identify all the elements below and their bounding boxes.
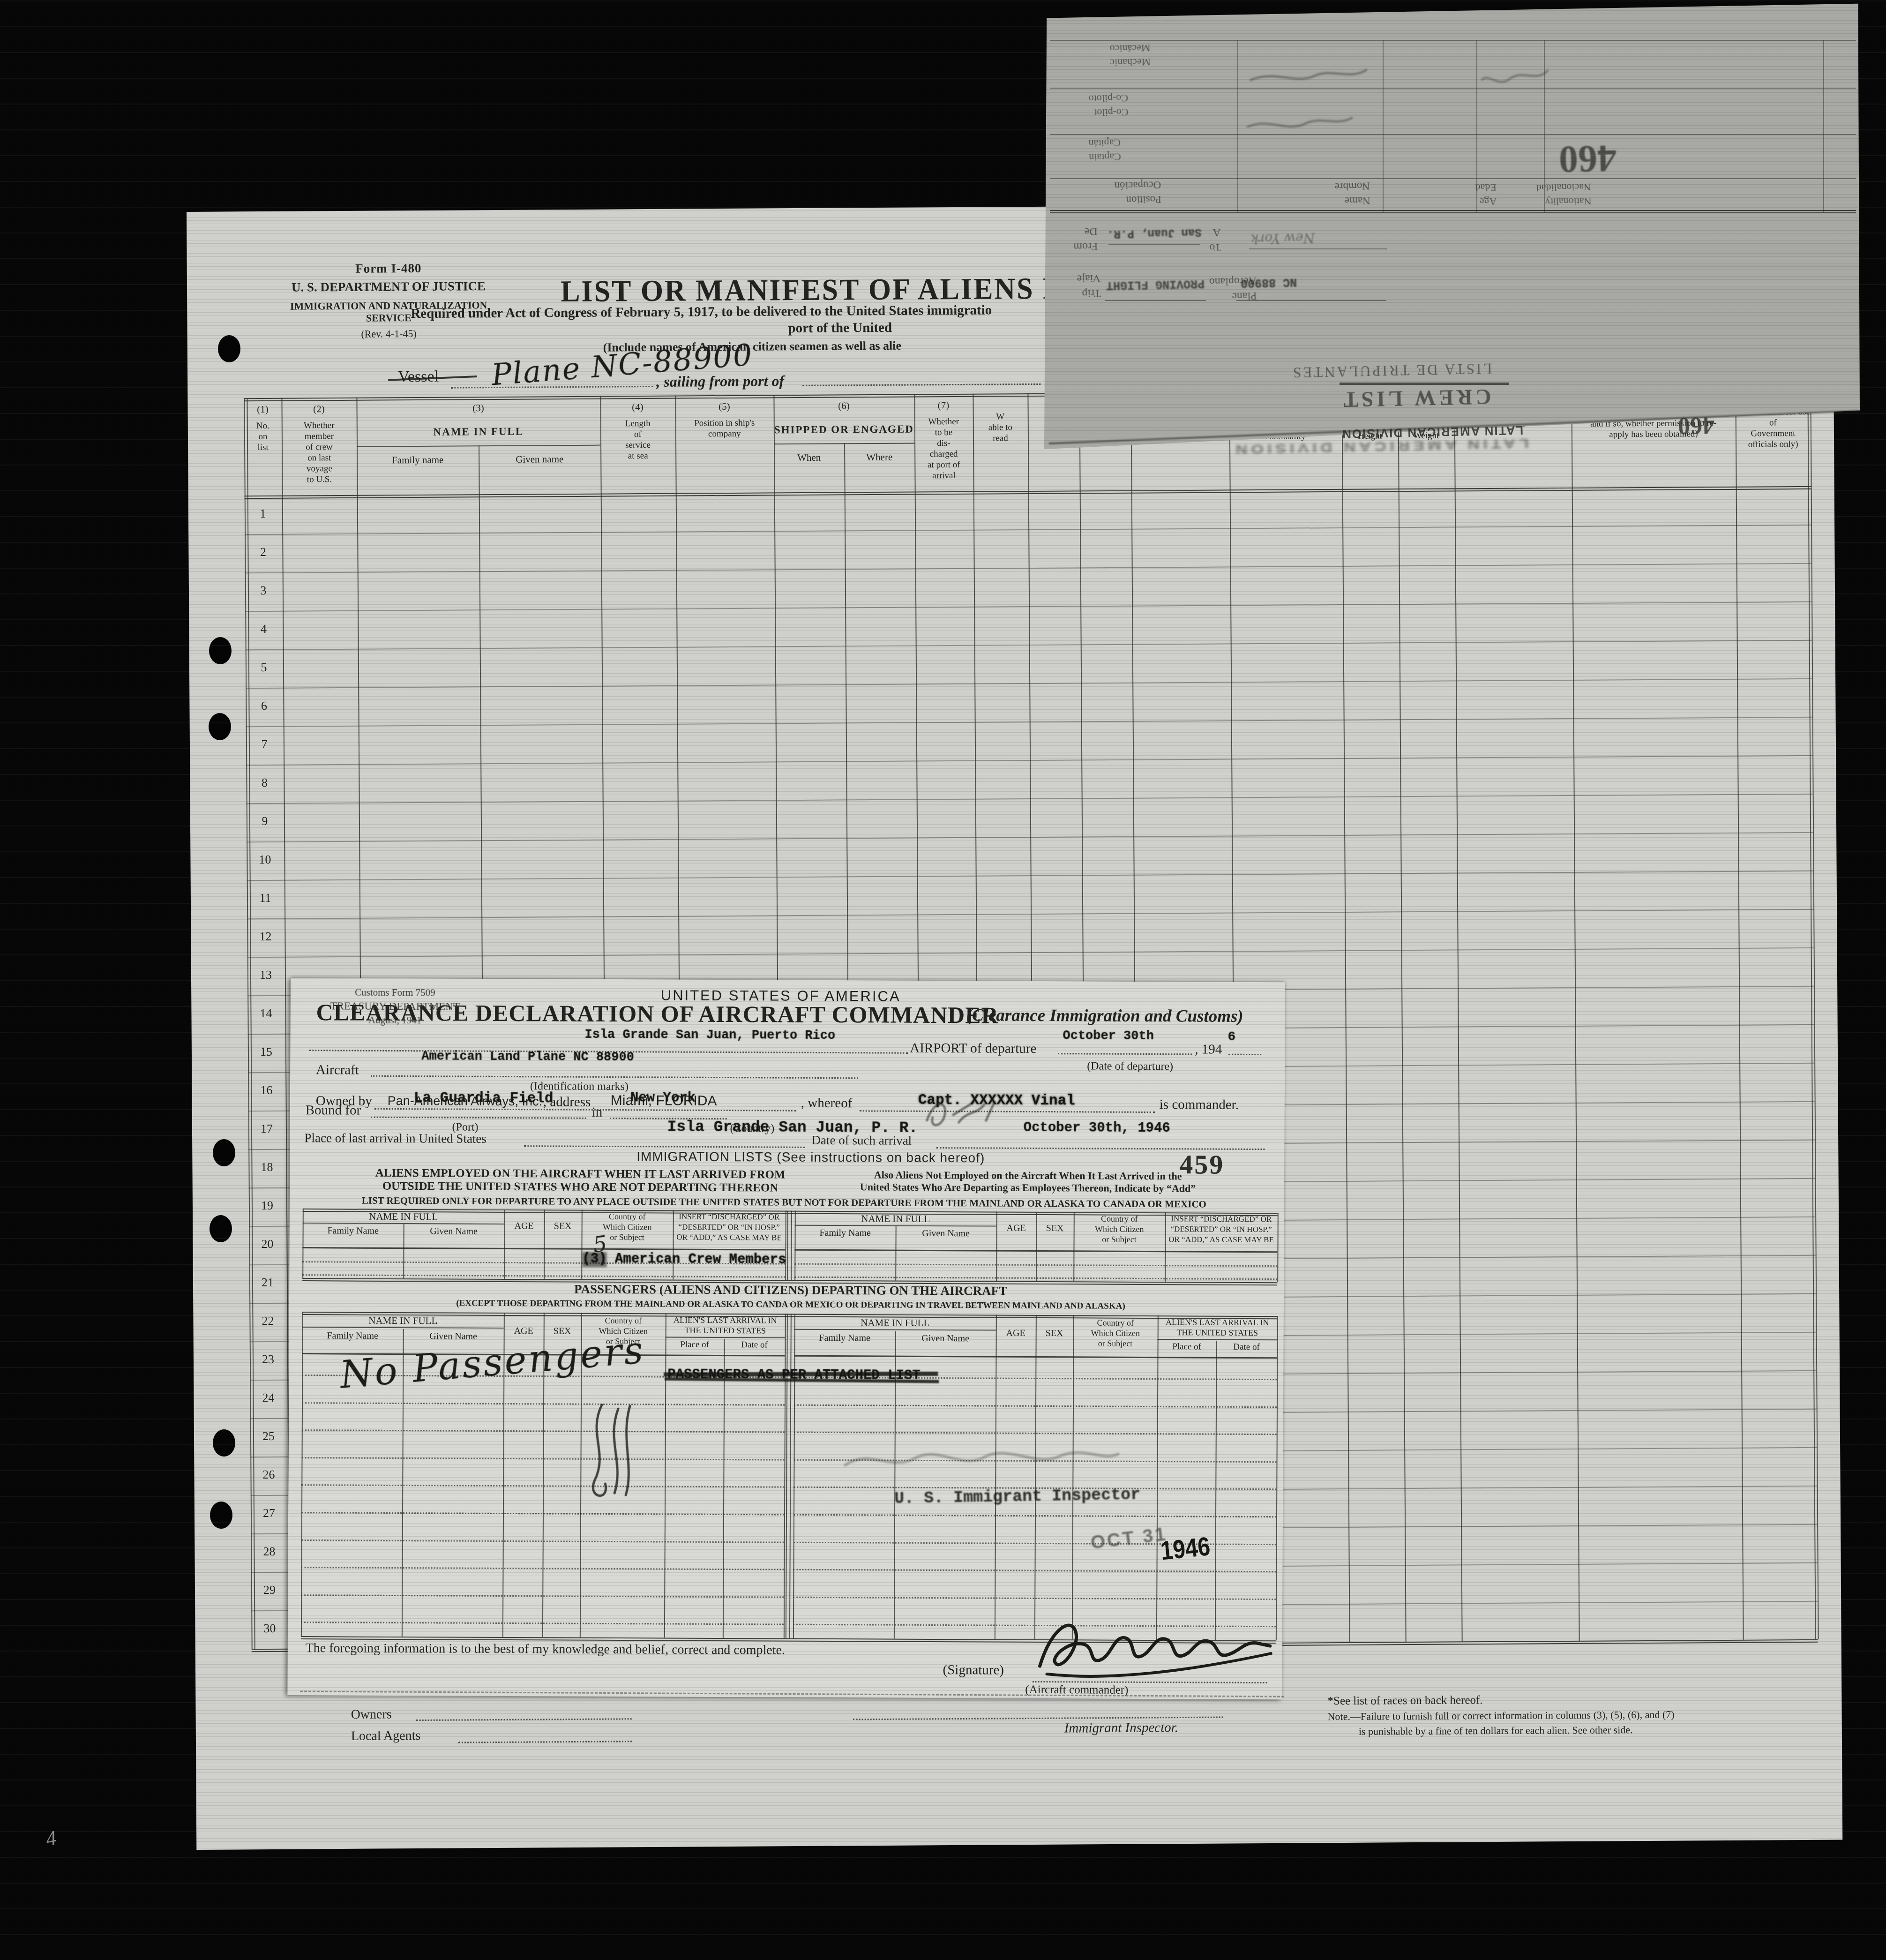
center-double-rule [786, 1314, 788, 1638]
imm-col-insert: “DESERTED” OR “IN HOSP.” [1165, 1224, 1278, 1234]
imm-col-name: NAME IN FULL [795, 1213, 996, 1225]
row-number: 4 [245, 622, 282, 636]
column-label-line: charged [914, 449, 973, 460]
row-number: 15 [248, 1045, 284, 1059]
strikethrough-bar [664, 1372, 938, 1377]
column-header: (5)Position in ship'scompany [675, 397, 774, 491]
imm-col-insert: “DESERTED” OR “IN HOSP.” [673, 1223, 786, 1232]
column-rule [1398, 391, 1406, 1642]
crew-trip-label: TripViaje [1077, 270, 1101, 301]
imm-col-insert: OR “ADD,” AS CASE MAY BE [673, 1233, 786, 1243]
crew-handwriting-mark [1480, 65, 1551, 85]
center-double-rule [789, 1314, 792, 1638]
crew-to-value: New York [1250, 230, 1315, 247]
column-number: (3) [356, 402, 600, 415]
table-column-rule [995, 1315, 997, 1639]
row-number: 12 [247, 930, 284, 944]
table-column-rule [664, 1313, 666, 1637]
imm-col-sex: SEX [544, 1221, 582, 1232]
column-label-line: on last [282, 452, 357, 464]
crew-row-label-es: Co-piloto [1088, 91, 1128, 106]
column-title: NAME IN FULL [357, 425, 600, 439]
table-column-rule [1276, 1316, 1278, 1640]
row-number: 1 [245, 507, 281, 521]
crew-rule [1050, 178, 1856, 179]
row-number: 3 [245, 584, 282, 598]
row-number: 7 [246, 737, 283, 751]
pass-col-date: Date of [724, 1340, 785, 1351]
crew-rule [1050, 40, 1856, 41]
crew-handwriting-mark [1246, 111, 1354, 132]
owners-label: Owners [351, 1707, 391, 1722]
crew-nationality-header-en: Nationality [1536, 194, 1592, 209]
table-column-rule [544, 1209, 545, 1279]
column-label-line: Length [600, 418, 675, 429]
local-agents-label: Local Agents [351, 1728, 421, 1744]
punch-hole [210, 1502, 232, 1529]
column-label-line: of crew [282, 442, 357, 453]
imm-col-family: Family Name [303, 1225, 404, 1237]
crew-nationality-header-es: Nacionalidad [1536, 180, 1591, 195]
crew-from-label: FromDe [1073, 224, 1098, 254]
row-number: 28 [251, 1545, 287, 1559]
row-number: 27 [251, 1506, 287, 1520]
row-number: 19 [249, 1199, 285, 1213]
column-label: Whethermemberof crewon lastvoyageto U.S. [282, 420, 357, 485]
crew-list-table: FromDeToATripViajePlaneAeroplanoPosition… [1044, 0, 1860, 451]
column-label-line: list [244, 442, 282, 453]
handwritten-crew-count: 5 [592, 1231, 608, 1258]
pass-col-country: or Subject [1073, 1338, 1158, 1349]
pass-col-arrival: ALIEN'S LAST ARRIVAL IN [666, 1315, 785, 1325]
column-title: SHIPPED OR ENGAGED [774, 423, 914, 436]
imm-col-insert: INSERT “DISCHARGED” OR [1165, 1214, 1278, 1224]
punch-hole [218, 335, 240, 362]
crew-row-label-es: Capitán [1088, 135, 1121, 150]
crew-name-header-es: Nombre [1334, 179, 1370, 194]
column-label-line: W [973, 411, 1028, 422]
imm-col-age: AGE [996, 1223, 1036, 1234]
row-number: 24 [250, 1391, 286, 1405]
column-subheader: When [774, 451, 844, 464]
column-label: Whetherto bedis-chargedat port ofarrival [914, 416, 973, 481]
fine-note-line1: Note.—Failure to furnish full or correct… [1328, 1709, 1675, 1723]
column-header: (3)NAME IN FULLFamily nameGiven name [356, 398, 600, 493]
crew-position-header-en: Position [1115, 192, 1161, 208]
column-label-line: service [600, 440, 675, 451]
crew-age-header-en: Age [1475, 195, 1497, 209]
column-label-line: at port of [914, 459, 973, 471]
immigrant-inspector-label: Immigrant Inspector. [1064, 1720, 1178, 1736]
table-column-rule [301, 1312, 303, 1636]
column-label-line: on [244, 431, 282, 442]
column-label-line: member [282, 431, 357, 442]
row-number: 30 [251, 1622, 288, 1636]
row-number: 13 [247, 968, 284, 982]
imm-col-name: NAME IN FULL [303, 1210, 504, 1223]
table-column-rule [1036, 1212, 1037, 1281]
pass-col-country: Country of [1073, 1318, 1158, 1328]
row-number: 20 [249, 1237, 285, 1251]
fine-note-line2: is punishable by a fine of ten dollars f… [1359, 1724, 1633, 1738]
crew-field-rule [1249, 248, 1387, 249]
crew-header-rule [1050, 210, 1856, 213]
crew-column-rule [1237, 40, 1238, 212]
crew-rule [1050, 88, 1856, 89]
row-number: 11 [247, 891, 284, 905]
inspector-signature-faint [840, 1445, 1122, 1475]
column-rule [1454, 390, 1462, 1641]
crew-to-label-es: A [1209, 225, 1221, 240]
crew-from-value: San Juan, P.R. [1107, 225, 1202, 240]
form-number-460-stamp: 460 [1677, 411, 1714, 440]
column-rule [1735, 389, 1744, 1640]
pass-col-family: Family Name [794, 1333, 895, 1344]
table-column-rule [1072, 1315, 1074, 1639]
row-number: 22 [249, 1314, 286, 1328]
row-number: 6 [246, 699, 282, 713]
table-column-rule [1215, 1341, 1217, 1640]
column-label-line: Whether [914, 416, 973, 428]
imm-col-given: Given Name [404, 1226, 504, 1237]
film-frame-mark: 4 [44, 1825, 59, 1851]
column-label-line: company [675, 428, 774, 439]
races-note: *See list of races on back hereof. [1327, 1694, 1482, 1708]
column-rule [1571, 390, 1579, 1641]
row-number: 26 [250, 1468, 287, 1482]
crew-field-rule [1105, 300, 1206, 301]
row-number: 29 [251, 1583, 288, 1597]
column-label-line: dis- [914, 438, 973, 449]
imm-col-insert: OR “ADD,” AS CASE MAY BE [1165, 1235, 1278, 1245]
imm-col-country: Country of [582, 1212, 673, 1222]
column-label-line: Position in ship's [675, 417, 774, 428]
column-header: (7)Whetherto bedis-chargedat port ofarri… [914, 396, 973, 490]
table-column-rule [1156, 1315, 1159, 1640]
crew-nationality-header: NationalityNacionalidad [1536, 180, 1592, 209]
pass-col-date: Date of [1216, 1342, 1277, 1353]
column-label: Position in ship'scompany [675, 417, 774, 439]
crew-row-label: Co-pilotCo-piloto [1088, 91, 1129, 120]
imm-col-given: Given Name [896, 1228, 996, 1239]
row-number: 17 [248, 1122, 285, 1136]
imm-col-country: or Subject [1074, 1234, 1165, 1245]
column-number: (5) [675, 400, 773, 413]
aircraft-commander-signature [1033, 1607, 1277, 1686]
table-column-rule [723, 1339, 725, 1638]
center-double-rule [791, 1211, 792, 1280]
crew-to-label: ToA [1209, 225, 1221, 255]
crew-column-rule [1383, 40, 1384, 212]
pass-col-name: NAME IN FULL [302, 1314, 504, 1327]
column-header: (4)Lengthofserviceat sea [600, 398, 675, 492]
crew-from-label-es: De [1073, 224, 1098, 239]
column-header: (6)SHIPPED OR ENGAGEDWhenWhere [773, 396, 914, 491]
pass-col-place: Place of [1158, 1342, 1216, 1352]
column-label-line: Government officials only) [1736, 428, 1811, 450]
imm-col-family: Family Name [795, 1228, 896, 1239]
crew-trip-label-en: Trip [1077, 285, 1101, 301]
crew-row-label-es: Mecánico [1109, 41, 1150, 56]
pass-col-age: AGE [996, 1328, 1036, 1339]
crew-field-rule [1108, 244, 1200, 245]
crew-list-page: LISTA DE TRIPULANTES CREW LIST 460 FromD… [1044, 0, 1860, 451]
crew-to-label-en: To [1209, 240, 1221, 255]
imm-col-country: Which Citizen [1074, 1224, 1165, 1234]
column-label: No.onlist [244, 421, 282, 453]
punch-hole [209, 713, 231, 740]
signature-label: (Signature) [943, 1662, 1004, 1678]
column-label: Wable toread [973, 411, 1028, 444]
row-number: 8 [246, 776, 283, 790]
column-subheader: Given name [479, 453, 600, 466]
crew-name-header-en: Name [1335, 193, 1370, 209]
crew-position-header-es: Ocupación [1114, 178, 1161, 193]
attestation-line: The foregoing information is to the best… [306, 1641, 785, 1658]
clearance-tables: NAME IN FULLFamily NameGiven NameAGESEXC… [287, 978, 1285, 1699]
crew-trip-label-es: Viaje [1077, 270, 1100, 286]
imm-col-sex: SEX [1036, 1223, 1074, 1234]
column-label-line: arrival [914, 470, 973, 481]
punch-hole [213, 1429, 235, 1457]
pass-col-age: AGE [504, 1326, 544, 1337]
table-column-rule [1034, 1315, 1037, 1639]
row-number: 5 [246, 661, 282, 675]
punch-hole [209, 637, 232, 664]
crew-plane-label-en: Plane [1209, 288, 1257, 304]
column-label: Lengthofserviceat sea [600, 418, 676, 462]
punch-hole [210, 1215, 232, 1242]
crew-age-header: AgeEdad [1475, 180, 1497, 209]
crew-handwriting-mark [1247, 61, 1369, 84]
column-subheader: Where [844, 451, 914, 464]
pass-col-given: Given Name [895, 1333, 996, 1344]
column-label-line: voyage [282, 463, 357, 474]
table-rule [1158, 1339, 1277, 1340]
column-number: (1) [244, 404, 282, 415]
date-stamp-1946: 1946 [1159, 1531, 1212, 1566]
crew-row-label-en: Co-pilot [1089, 105, 1129, 120]
row-number: 10 [247, 853, 283, 867]
column-subheader: Family name [357, 454, 479, 466]
column-header: (1)No.onlist [244, 400, 282, 494]
center-double-rule [787, 1211, 788, 1280]
column-label-line: read [973, 433, 1028, 444]
column-label-line: able to [973, 422, 1028, 433]
handwritten-initials-flourish [573, 1401, 649, 1505]
column-rule [1341, 391, 1350, 1642]
crew-name-header: NameNombre [1334, 179, 1370, 209]
row-number: 21 [249, 1276, 286, 1290]
crew-field-rule [1236, 300, 1386, 301]
punch-hole [213, 1139, 235, 1166]
pass-col-arrival: ALIEN'S LAST ARRIVAL IN [1158, 1317, 1277, 1328]
imm-col-age: AGE [504, 1221, 544, 1232]
crew-column-rule [1823, 40, 1824, 212]
clearance-declaration-page: Customs Form 7509 TREASURY DEPARTMENT Au… [287, 978, 1285, 1699]
microfilm-frame: Form I-480 U. S. DEPARTMENT OF JUSTICE I… [0, 0, 1886, 1960]
pass-col-country: Which Citizen [1073, 1328, 1158, 1338]
pass-col-family: Family Name [302, 1330, 403, 1342]
row-number: 16 [248, 1083, 284, 1097]
row-number: 18 [248, 1160, 285, 1174]
pass-col-name: NAME IN FULL [794, 1317, 996, 1329]
column-label-line: to U.S. [282, 474, 357, 485]
pass-col-place: Place of [666, 1339, 724, 1350]
crew-row-label: MechanicMecánico [1109, 41, 1151, 70]
row-number: 9 [247, 814, 283, 828]
row-number: 14 [247, 1006, 284, 1021]
column-label-line: to be [914, 427, 973, 438]
crew-age-header-es: Edad [1475, 180, 1497, 195]
imm-col-country: Which Citizen [582, 1222, 673, 1232]
crew-from-label-en: From [1073, 239, 1098, 254]
column-label-line: Whether [282, 420, 357, 431]
row-number: 2 [245, 545, 281, 559]
column-number: (2) [282, 403, 357, 415]
pass-col-arrival: THE UNITED STATES [666, 1325, 785, 1336]
column-number: (6) [773, 400, 914, 413]
imm-col-country: Country of [1074, 1214, 1165, 1224]
crew-trip-value: PROVING FLIGHT [1106, 277, 1205, 292]
table-rule [666, 1337, 785, 1338]
column-number: (7) [914, 399, 973, 412]
pass-col-arrival: THE UNITED STATES [1158, 1328, 1277, 1338]
crew-rule [1050, 134, 1856, 135]
table-column-rule [793, 1314, 795, 1638]
row-number: 25 [250, 1429, 287, 1443]
row-number: 23 [250, 1352, 286, 1367]
crew-members-typed-entry: (3) American Crew Members [582, 1251, 786, 1268]
column-number: (4) [600, 401, 675, 413]
crew-position-header: PositionOcupación [1114, 178, 1161, 208]
column-label-line: at sea [600, 451, 675, 462]
crew-row-label: CaptainCapitán [1088, 135, 1121, 164]
column-label-line: No. [244, 421, 282, 431]
imm-col-insert: INSERT “DISCHARGED” OR [673, 1212, 786, 1222]
crew-plane-value: NC 88900 [1241, 275, 1297, 290]
pass-col-sex: SEX [1036, 1328, 1073, 1339]
column-header: Wable toread [973, 395, 1028, 489]
crew-row-label-en: Captain [1089, 150, 1121, 164]
pass-col-country: Country of [581, 1316, 666, 1326]
column-header: (2)Whethermemberof crewon lastvoyageto U… [281, 399, 357, 494]
column-label-line: of [600, 429, 675, 440]
crew-row-label-en: Mechanic [1110, 55, 1151, 70]
